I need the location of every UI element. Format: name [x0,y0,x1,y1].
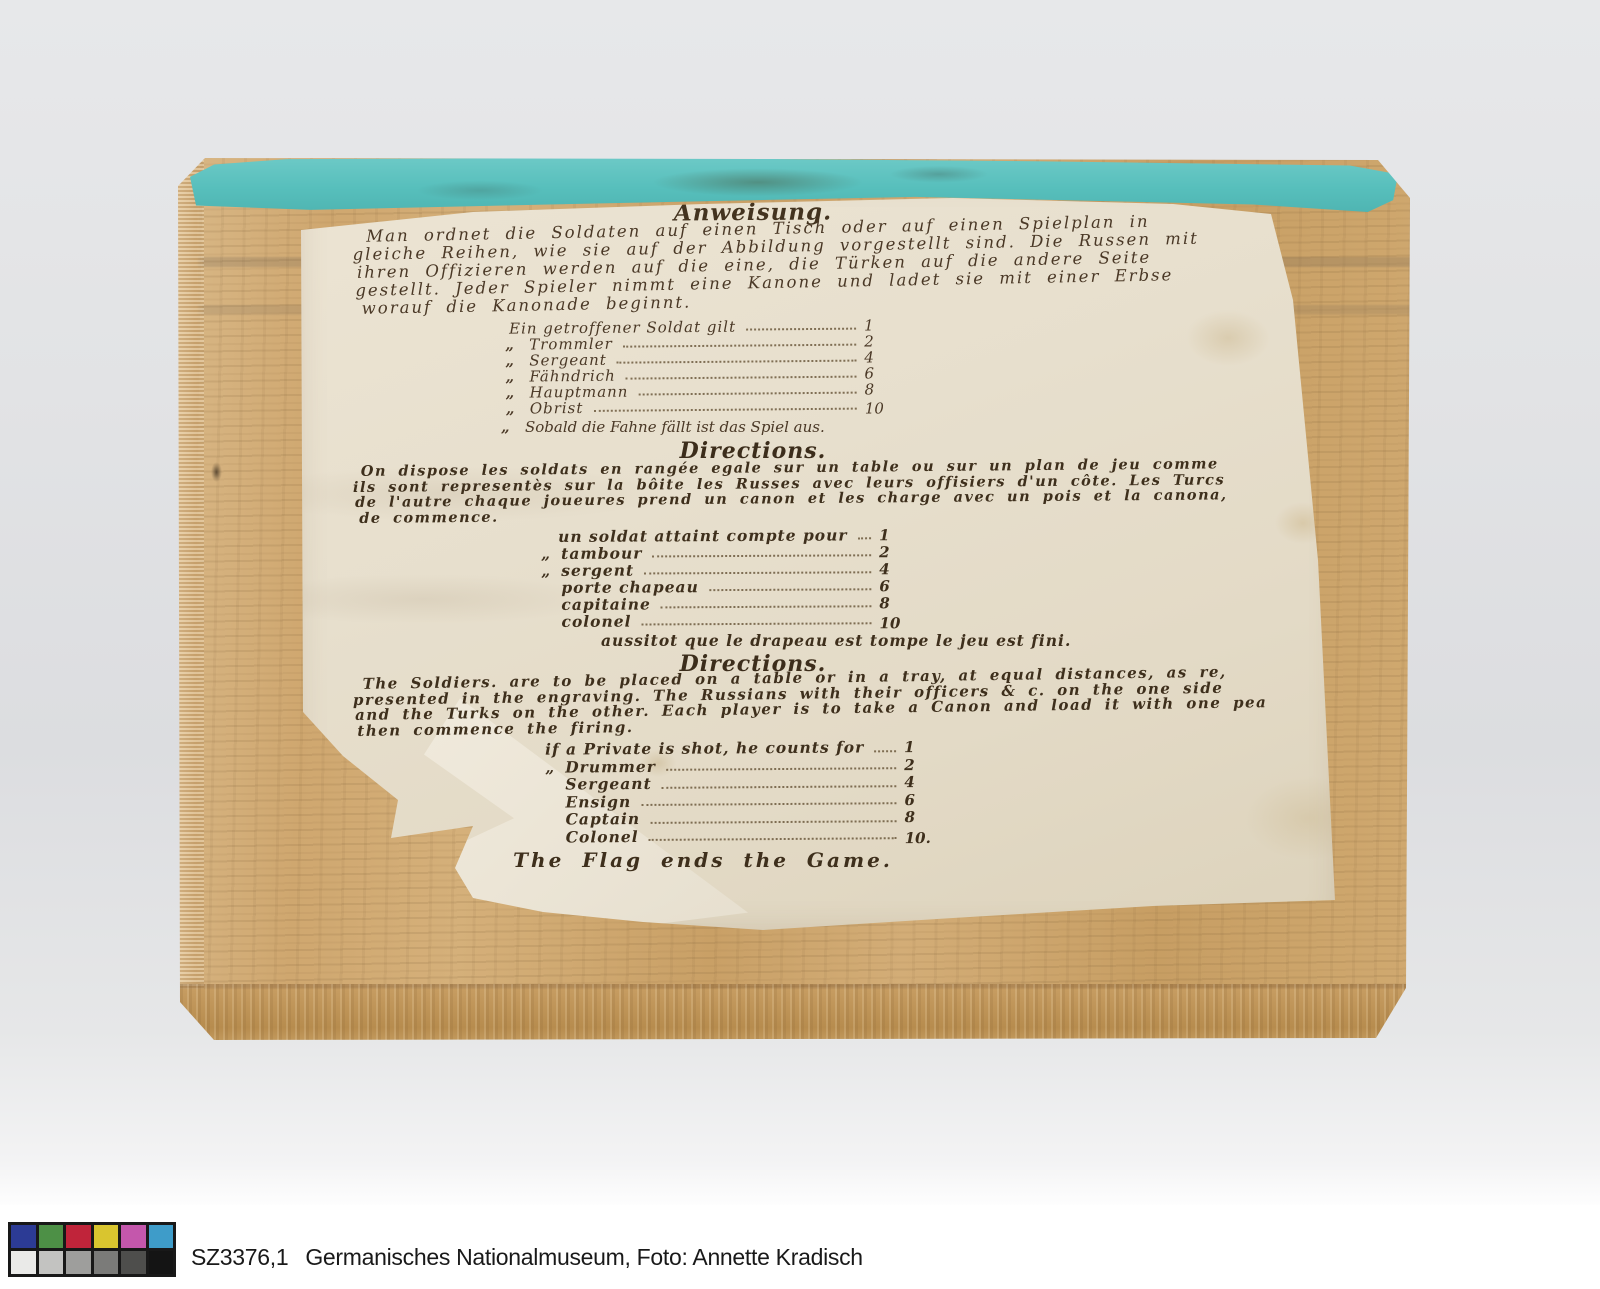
board-left-edge [178,156,204,1042]
row-value: 2 [879,543,913,561]
instruction-label: Anweisung. Man ordnet die Soldaten auf e… [298,178,1338,930]
row-label: colonel [561,612,631,631]
row-value: 1 [879,526,913,544]
checker-cell [121,1225,146,1248]
row-label: Obrist [530,399,584,417]
row-value: 10 [865,399,899,417]
dotted-leader [746,328,856,331]
checker-cell [94,1225,119,1248]
row-value: 6 [904,790,938,808]
row-value: 10. [905,828,939,846]
german-score-list: Ein getroffener Soldat gilt1 „Trommler2 … [353,314,1184,417]
german-section: Anweisung. Man ordnet die Soldaten auf e… [353,200,1183,436]
row-value: 8 [879,594,913,612]
dotted-leader [662,785,897,789]
row-prefix: „ [506,399,530,417]
score-row: Colonel10. [354,824,939,846]
english-closing: The Flag ends the Game. [353,848,1053,872]
board-bottom-edge [178,984,1410,1042]
row-value: 8 [904,808,938,826]
english-section: Directions. The Soldiers. are to be plac… [353,652,1183,872]
catalog-number: SZ3376,1 [191,1244,288,1270]
german-paragraph: Man ordnet die Soldaten auf einen Tisch … [352,212,1184,318]
dotted-leader [709,588,871,591]
dotted-leader [661,605,872,608]
photo-credit: Germanisches Nationalmuseum, Foto: Annet… [305,1244,862,1270]
row-value: 6 [879,577,913,595]
label-content: Anweisung. Man ordnet die Soldaten auf e… [353,200,1183,872]
checker-cell [149,1225,174,1248]
checker-cell [11,1225,36,1248]
dotted-leader [638,392,856,396]
dotted-leader [641,802,896,806]
dotted-leader [858,537,872,539]
dotted-leader [593,408,856,412]
english-score-list: if a Private is shot, he counts for1 „Dr… [353,735,1184,846]
checker-cell [66,1251,91,1274]
dotted-leader [642,622,872,625]
row-prefix: „ [541,561,561,580]
english-paragraph: The Soldiers. are to be placed on a tabl… [353,665,1184,739]
dotted-leader [626,376,857,380]
dotted-leader [649,837,897,841]
checker-cell [11,1251,36,1274]
dotted-leader [652,554,871,557]
french-section: Directions. On dispose les soldats en ra… [353,439,1183,650]
row-value: 1 [904,738,938,756]
dotted-leader [650,820,896,824]
wooden-board: Anweisung. Man ordnet die Soldaten auf e… [178,156,1410,1042]
row-value: 10 [879,614,913,632]
dotted-leader [617,360,857,364]
dotted-leader [666,767,896,771]
row-value: 4 [879,560,913,578]
score-row: un soldat attaint compte pour1 [353,525,913,545]
dotted-leader [874,750,896,752]
wood-knot [211,462,222,482]
row-label: Colonel [566,827,639,847]
checker-cell [39,1251,64,1274]
row-value: 2 [904,755,938,773]
checker-cell [121,1251,146,1274]
row-prefix: „ [501,418,525,436]
dotted-leader [623,344,857,348]
row-value: 8 [865,380,899,398]
checker-cell [66,1225,91,1248]
checker-cell [94,1251,119,1274]
row-label: Ensign [565,792,631,811]
row-prefix: „ [545,757,565,776]
color-checker [8,1222,176,1277]
checker-cell [149,1251,174,1274]
french-paragraph: On dispose les soldats en rangée egale s… [353,457,1184,526]
french-score-list: un soldat attaint compte pour1 „tambour2… [353,524,1184,630]
french-closing: aussitot que le drapeau est tompe le jeu… [353,631,1183,650]
checker-cell [39,1225,64,1248]
photo-caption: SZ3376,1Germanisches Nationalmuseum, Fot… [191,1243,863,1271]
score-row: if a Private is shot, he counts for1 [353,737,938,759]
closing-text: Sobald die Fahne fällt ist das Spiel aus… [525,418,825,436]
row-label: if a Private is shot, he counts for [545,737,864,758]
dotted-leader [644,571,871,574]
german-closing: „Sobald die Fahne fällt ist das Spiel au… [353,418,1183,436]
row-value: 4 [904,773,938,791]
row-label: Sergeant [565,774,652,794]
